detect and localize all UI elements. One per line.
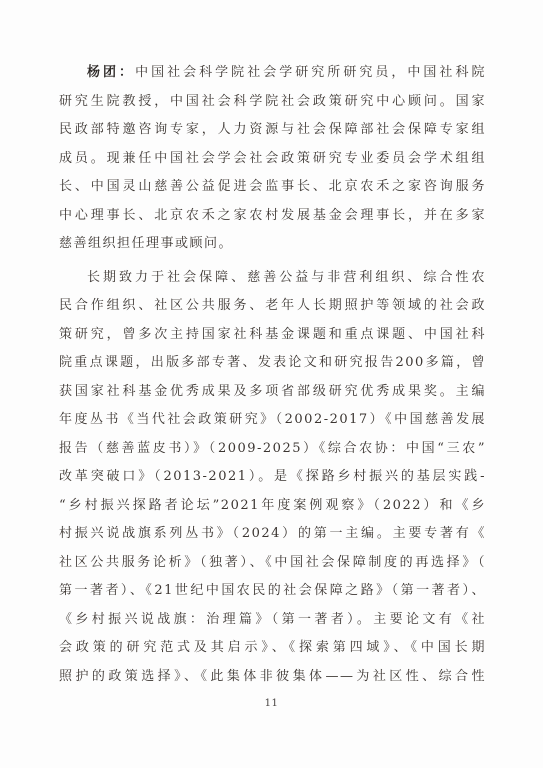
text-line: 院重点课题，出版多部专著、发表论文和研究报告200多篇，曾: [59, 349, 486, 378]
text-line: 慈善组织担任理事或顾问。: [59, 230, 486, 259]
text-line: 长、中国灵山慈善公益促进会监事长、北京农禾之家咨询服务: [59, 173, 486, 202]
text-line: 《乡村振兴说战旗：治理篇》（第一著者）。主要论文有《社: [59, 606, 486, 635]
page-number: 11: [0, 698, 543, 709]
text-line: 社区公共服务论析》（独著）、《中国社会保障制度的再选择》（: [59, 549, 486, 578]
text-line: 中心理事长、北京农禾之家农村发展基金会理事长，并在多家: [59, 202, 486, 231]
text-line: 长期致力于社会保障、慈善公益与非营利组织、综合性农: [59, 264, 486, 293]
text-line: 会政策的研究范式及其启示》、《探索第四域》、《中国长期: [59, 634, 486, 663]
text-line: 获国家社科基金优秀成果及多项省部级研究优秀成果奖。主编: [59, 378, 486, 407]
bio-text-block: 杨团：中国社会科学院社会学研究所研究员，中国社科院 研究生院教授，中国社会科学院…: [59, 59, 486, 691]
text-line: 研究生院教授，中国社会科学院社会政策研究中心顾问。国家: [59, 88, 486, 117]
text-line: 改革突破口》（2013-2021）。是《探路乡村振兴的基层实践-: [59, 463, 486, 492]
text-line: 报告（慈善蓝皮书）》（2009-2025）《综合农协：中国“三农”: [59, 435, 486, 464]
text-line: 成员。现兼任中国社会学会社会政策研究专业委员会学术组组: [59, 145, 486, 174]
text-line-rest: 中国社会科学院社会学研究所研究员，中国社科院: [135, 65, 486, 80]
text-line: 民政部特邀咨询专家，人力资源与社会保障部社会保障专家组: [59, 116, 486, 145]
text-line: 村振兴说战旗系列丛书》（2024）的第一主编。主要专著有《: [59, 520, 486, 549]
text-line: 第一著者）、《21世纪中国农民的社会保障之路》（第一著者）、: [59, 577, 486, 606]
text-line: 杨团：中国社会科学院社会学研究所研究员，中国社科院: [59, 59, 486, 88]
person-name: 杨团：: [87, 65, 135, 80]
paragraph-research-works: 长期致力于社会保障、慈善公益与非营利组织、综合性农 民合作组织、社区公共服务、老…: [59, 264, 486, 692]
text-line: “乡村振兴探路者论坛”2021年度案例观察》（2022）和《乡: [59, 492, 486, 521]
text-line: 照护的政策选择》、《此集体非彼集体——为社区性、综合性: [59, 663, 486, 692]
document-page: 杨团：中国社会科学院社会学研究所研究员，中国社科院 研究生院教授，中国社会科学院…: [0, 0, 543, 768]
text-line: 策研究，曾多次主持国家社科基金课题和重点课题、中国社科: [59, 321, 486, 350]
text-line: 年度丛书《当代社会政策研究》（2002-2017）《中国慈善发展: [59, 406, 486, 435]
paragraph-bio-intro: 杨团：中国社会科学院社会学研究所研究员，中国社科院 研究生院教授，中国社会科学院…: [59, 59, 486, 259]
text-line: 民合作组织、社区公共服务、老年人长期照护等领域的社会政: [59, 292, 486, 321]
